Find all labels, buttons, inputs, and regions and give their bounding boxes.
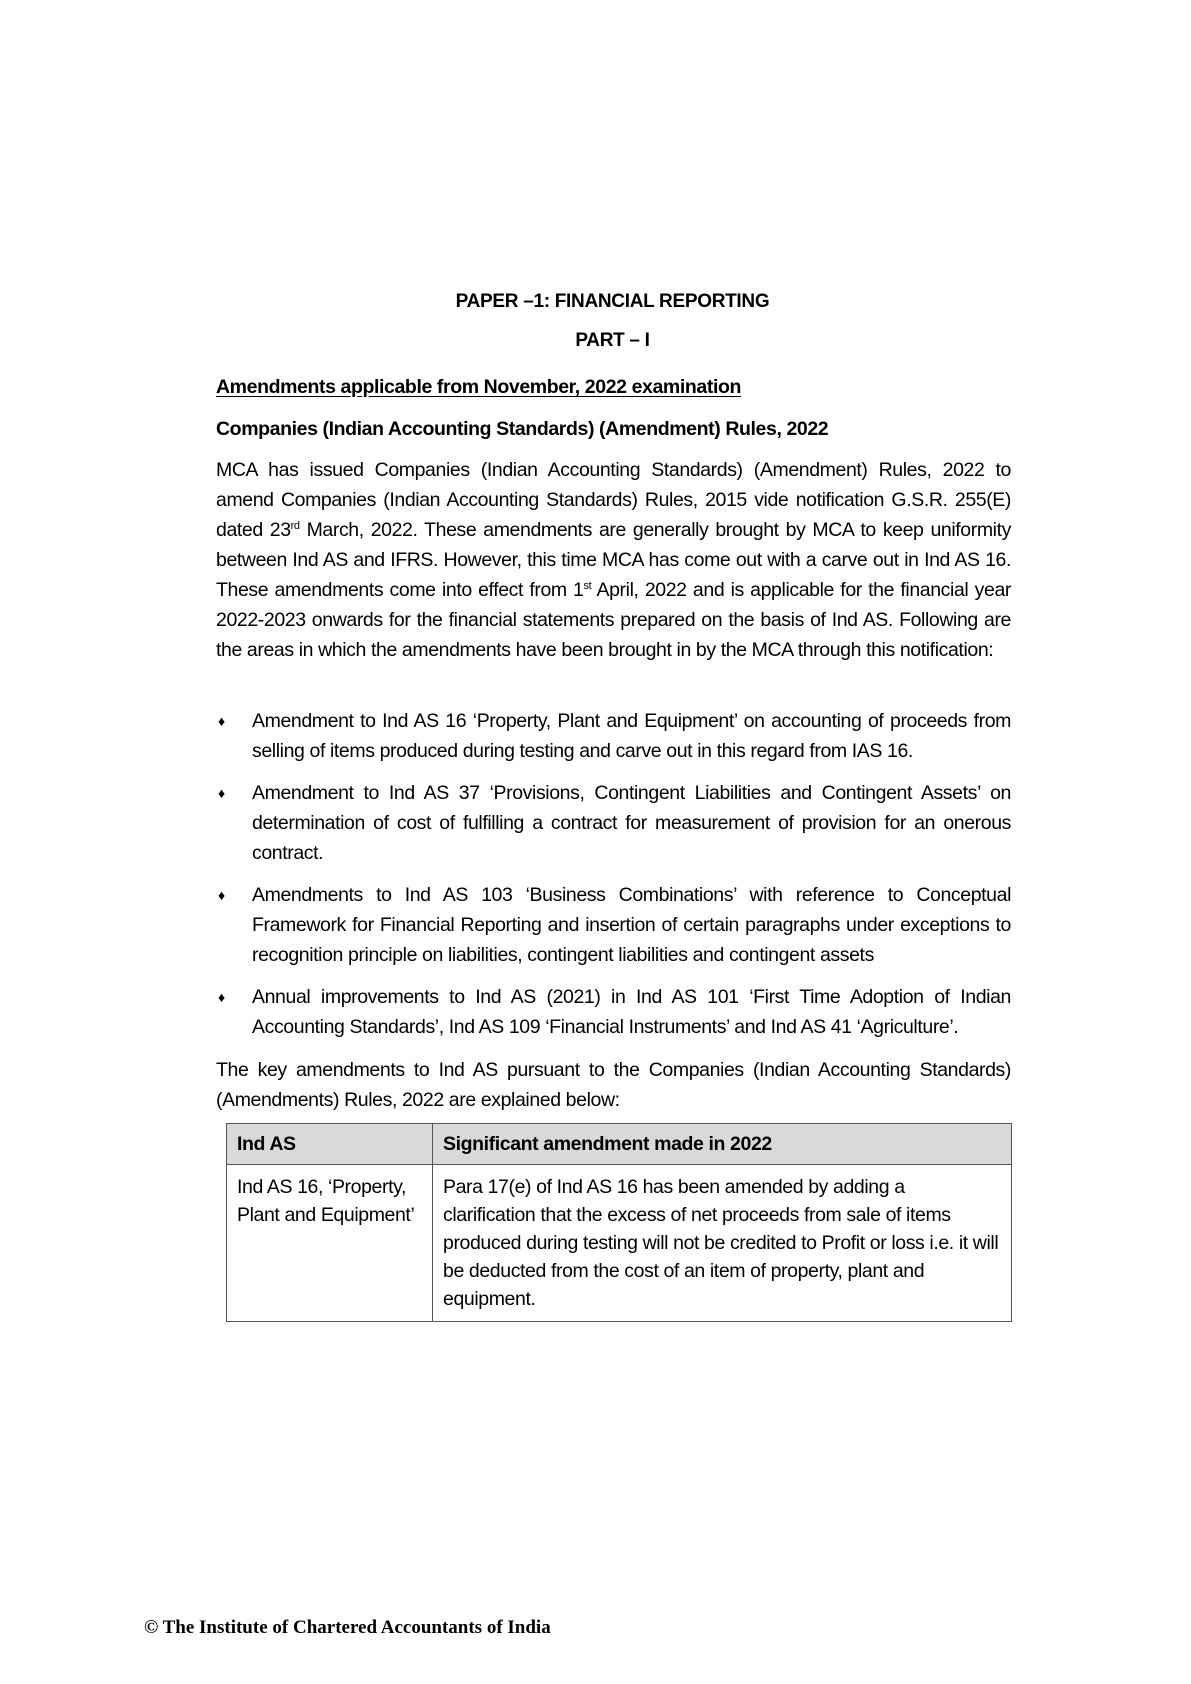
list-item: ♦Amendment to Ind AS 37 ‘Provisions, Con… (216, 778, 1011, 868)
copyright-footer: © The Institute of Chartered Accountants… (144, 1617, 551, 1639)
paper-title: PAPER –1: FINANCIAL REPORTING (0, 291, 1191, 313)
section-heading: Amendments applicable from November, 202… (216, 372, 1011, 402)
list-item: ♦Annual improvements to Ind AS (2021) in… (216, 982, 1011, 1042)
amendments-table: Ind AS Significant amendment made in 202… (226, 1123, 1012, 1322)
list-item-text: Amendments to Ind AS 103 ‘Business Combi… (252, 884, 1011, 966)
cell-ind-as: Ind AS 16, ‘Property, Plant and Equipmen… (227, 1165, 433, 1322)
document-page: PAPER –1: FINANCIAL REPORTING PART – I A… (0, 0, 1191, 1684)
list-item: ♦Amendments to Ind AS 103 ‘Business Comb… (216, 880, 1011, 970)
table-header-row: Ind AS Significant amendment made in 202… (227, 1124, 1012, 1165)
key-amendments-intro: The key amendments to Ind AS pursuant to… (216, 1055, 1011, 1115)
amendment-areas-list: ♦Amendment to Ind AS 16 ‘Property, Plant… (216, 706, 1011, 1054)
column-header-ind-as: Ind AS (227, 1124, 433, 1165)
list-item: ♦Amendment to Ind AS 16 ‘Property, Plant… (216, 706, 1011, 766)
list-item-text: Amendment to Ind AS 16 ‘Property, Plant … (252, 710, 1011, 762)
table-row: Ind AS 16, ‘Property, Plant and Equipmen… (227, 1165, 1012, 1322)
ordinal-suffix: rd (291, 520, 300, 532)
diamond-bullet-icon: ♦ (218, 706, 225, 736)
column-header-amendment: Significant amendment made in 2022 (433, 1124, 1012, 1165)
cell-amendment: Para 17(e) of Ind AS 16 has been amended… (433, 1165, 1012, 1322)
diamond-bullet-icon: ♦ (218, 778, 225, 808)
rules-heading: Companies (Indian Accounting Standards) … (216, 414, 1011, 444)
list-item-text: Annual improvements to Ind AS (2021) in … (252, 986, 1011, 1038)
list-item-text: Amendment to Ind AS 37 ‘Provisions, Cont… (252, 782, 1011, 864)
part-title: PART – I (0, 330, 1191, 352)
diamond-bullet-icon: ♦ (218, 982, 225, 1012)
intro-paragraph: MCA has issued Companies (Indian Account… (216, 455, 1011, 665)
diamond-bullet-icon: ♦ (218, 880, 225, 910)
